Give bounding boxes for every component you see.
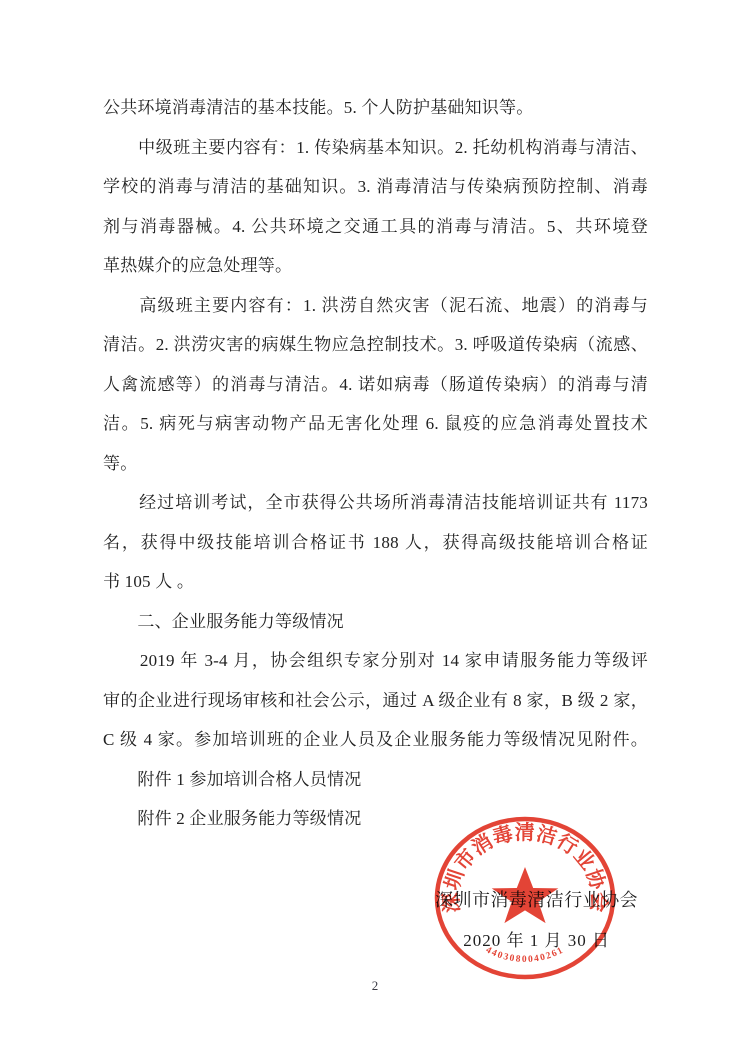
text-line: 审的企业进行现场审核和社会公示，通过 A 级企业有 8 家，B 级 2 家，: [103, 681, 648, 721]
text-line: 二、企业服务能力等级情况: [103, 602, 648, 642]
text-line: C 级 4 家。参加培训班的企业人员及企业服务能力等级情况见附件。: [103, 720, 648, 760]
text-line: 剂与消毒器械。4. 公共环境之交通工具的消毒与清洁。5、共环境登: [103, 207, 648, 247]
text-line: 中级班主要内容有：1. 传染病基本知识。2. 托幼机构消毒与清洁、: [103, 128, 648, 168]
text-line: 名，获得中级技能培训合格证书 188 人，获得高级技能培训合格证: [103, 523, 648, 563]
seal-code: 4403080040261: [484, 945, 566, 965]
text-line: 洁。5. 病死与病害动物产品无害化处理 6. 鼠疫的应急消毒处置技术: [103, 404, 648, 444]
text-line: 高级班主要内容有：1. 洪涝自然灾害（泥石流、地震）的消毒与: [103, 286, 648, 326]
text-line: 经过培训考试，全市获得公共场所消毒清洁技能培训证共有 1173: [103, 483, 648, 523]
text-line: 革热媒介的应急处理等。: [103, 246, 648, 286]
document-body: 公共环境消毒清洁的基本技能。5. 个人防护基础知识等。 中级班主要内容有：1. …: [103, 88, 648, 839]
text-line: 2019 年 3-4 月，协会组织专家分别对 14 家申请服务能力等级评: [103, 641, 648, 681]
star-icon: [492, 867, 559, 923]
text-line: 等。: [103, 444, 648, 484]
text-line: 人禽流感等）的消毒与清洁。4. 诺如病毒（肠道传染病）的消毒与清: [103, 365, 648, 405]
text-line: 公共环境消毒清洁的基本技能。5. 个人防护基础知识等。: [103, 88, 648, 128]
text-line: 学校的消毒与清洁的基础知识。3. 消毒清洁与传染病预防控制、消毒: [103, 167, 648, 207]
text-line: 清洁。2. 洪涝灾害的病媒生物应急控制技术。3. 呼吸道传染病（流感、: [103, 325, 648, 365]
official-seal-stamp: 深圳市消毒清洁行业协会 4403080040261: [420, 800, 640, 995]
page-number: 2: [0, 978, 750, 994]
text-line: 附件 1 参加培训合格人员情况: [103, 760, 648, 800]
text-line: 书 105 人 。: [103, 562, 648, 602]
document-page: 公共环境消毒清洁的基本技能。5. 个人防护基础知识等。 中级班主要内容有：1. …: [0, 0, 750, 1060]
